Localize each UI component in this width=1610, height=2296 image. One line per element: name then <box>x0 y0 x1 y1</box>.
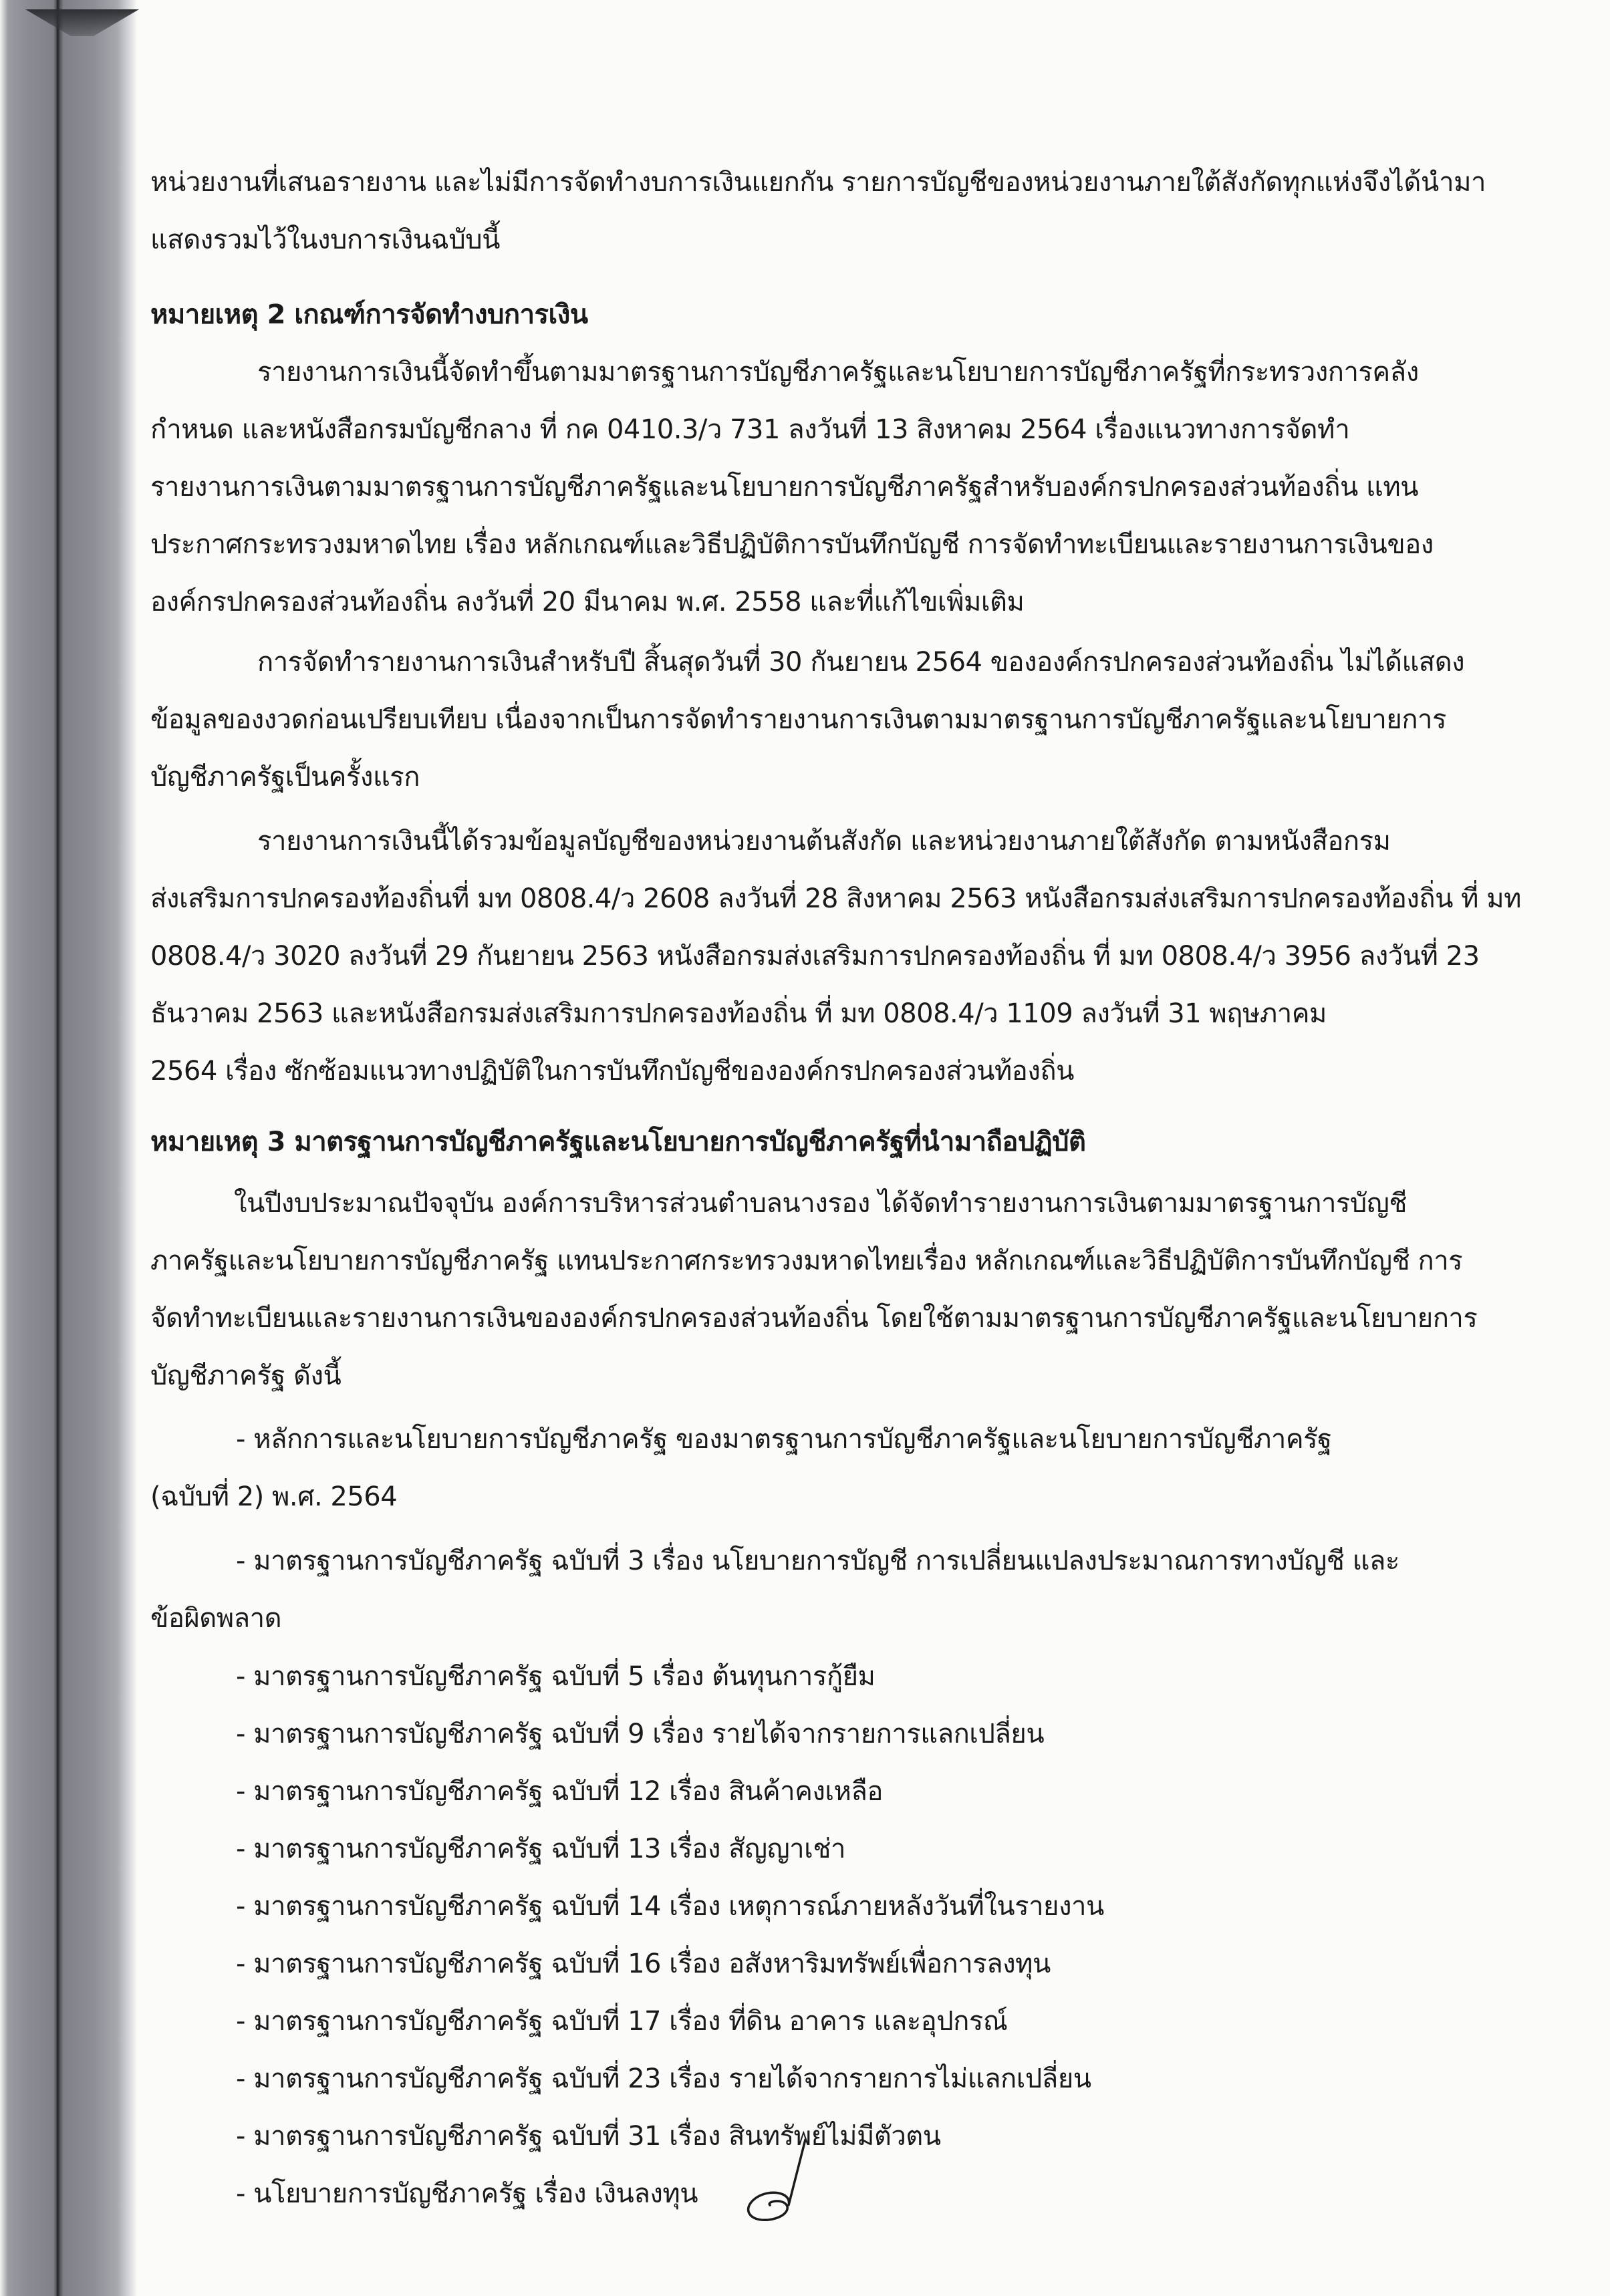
standard-list-item: - มาตรฐานการบัญชีภาครัฐ ฉบับที่ 9 เรื่อง… <box>236 1717 1044 1751</box>
text-line: องค์กรปกครองส่วนท้องถิ่น ลงวันที่ 20 มีน… <box>150 585 1024 619</box>
text-line: กำหนด และหนังสือกรมบัญชีกลาง ที่ กค 0410… <box>150 412 1349 447</box>
standard-list-item: - มาตรฐานการบัญชีภาครัฐ ฉบับที่ 5 เรื่อง… <box>236 1659 875 1694</box>
standard-list-item: - นโยบายการบัญชีภาครัฐ เรื่อง เงินลงทุน <box>236 2176 698 2211</box>
text-line: 2564 เรื่อง ซักซ้อมแนวทางปฏิบัติในการบัน… <box>150 1054 1074 1089</box>
text-line: ประกาศกระทรวงมหาดไทย เรื่อง หลักเกณฑ์และ… <box>150 527 1434 562</box>
standard-list-item: - มาตรฐานการบัญชีภาครัฐ ฉบับที่ 31 เรื่อ… <box>236 2119 941 2154</box>
standard-list-item: - มาตรฐานการบัญชีภาครัฐ ฉบับที่ 23 เรื่อ… <box>236 2061 1091 2096</box>
text-line: จัดทำทะเบียนและรายงานการเงินขององค์กรปกค… <box>150 1301 1477 1336</box>
standard-list-item: - มาตรฐานการบัญชีภาครัฐ ฉบับที่ 13 เรื่อ… <box>236 1832 845 1866</box>
standard-list-item: - มาตรฐานการบัญชีภาครัฐ ฉบับที่ 16 เรื่อ… <box>236 1947 1051 1981</box>
text-line: การจัดทำรายงานการเงินสำหรับปี สิ้นสุดวัน… <box>257 645 1464 680</box>
handwritten-initial-signature <box>742 2138 809 2225</box>
section-heading-note-2: หมายเหตุ 2 เกณฑ์การจัดทำงบการเงิน <box>150 297 588 332</box>
text-line: หน่วยงานที่เสนอรายงาน และไม่มีการจัดทำงบ… <box>150 165 1540 200</box>
text-line: ข้อมูลของงวดก่อนเปรียบเทียบ เนื่องจากเป็… <box>150 702 1446 737</box>
text-line: บัญชีภาครัฐ ดังนี้ <box>150 1358 341 1393</box>
standard-list-item: - มาตรฐานการบัญชีภาครัฐ ฉบับที่ 17 เรื่อ… <box>236 2004 1007 2039</box>
text-line: 0808.4/ว 3020 ลงวันที่ 29 กันยายน 2563 ห… <box>150 939 1480 974</box>
text-line: แสดงรวมไว้ในงบการเงินฉบับนี้ <box>150 223 500 257</box>
text-line: ธันวาคม 2563 และหนังสือกรมส่งเสริมการปกค… <box>150 996 1327 1031</box>
text-line: รายงานการเงินตามมาตรฐานการบัญชีภาครัฐและ… <box>150 470 1418 505</box>
list-item-continuation: (ฉบับที่ 2) พ.ศ. 2564 <box>150 1479 397 1514</box>
text-line: ภาครัฐและนโยบายการบัญชีภาครัฐ แทนประกาศก… <box>150 1244 1462 1278</box>
list-item: - หลักการและนโยบายการบัญชีภาครัฐ ของมาตร… <box>236 1422 1332 1457</box>
standard-list-item: - มาตรฐานการบัญชีภาครัฐ ฉบับที่ 14 เรื่อ… <box>236 1889 1104 1924</box>
text-line: รายงานการเงินนี้ได้รวมข้อมูลบัญชีของหน่ว… <box>257 824 1390 859</box>
list-item: - มาตรฐานการบัญชีภาครัฐ ฉบับที่ 3 เรื่อง… <box>236 1544 1399 1578</box>
scan-binding-shadow <box>0 0 137 2296</box>
text-line: ส่งเสริมการปกครองท้องถิ่นที่ มท 0808.4/ว… <box>150 881 1521 916</box>
list-item-continuation: ข้อผิดพลาด <box>150 1601 281 1636</box>
standard-list-item: - มาตรฐานการบัญชีภาครัฐ ฉบับที่ 12 เรื่อ… <box>236 1774 883 1809</box>
text-line: รายงานการเงินนี้จัดทำขึ้นตามมาตรฐานการบั… <box>257 355 1419 390</box>
text-line: ในปีงบประมาณปัจจุบัน องค์การบริหารส่วนตำ… <box>234 1186 1407 1221</box>
text-line: บัญชีภาครัฐเป็นครั้งแรก <box>150 760 420 795</box>
section-heading-note-3: หมายเหตุ 3 มาตรฐานการบัญชีภาครัฐและนโยบา… <box>150 1125 1086 1159</box>
